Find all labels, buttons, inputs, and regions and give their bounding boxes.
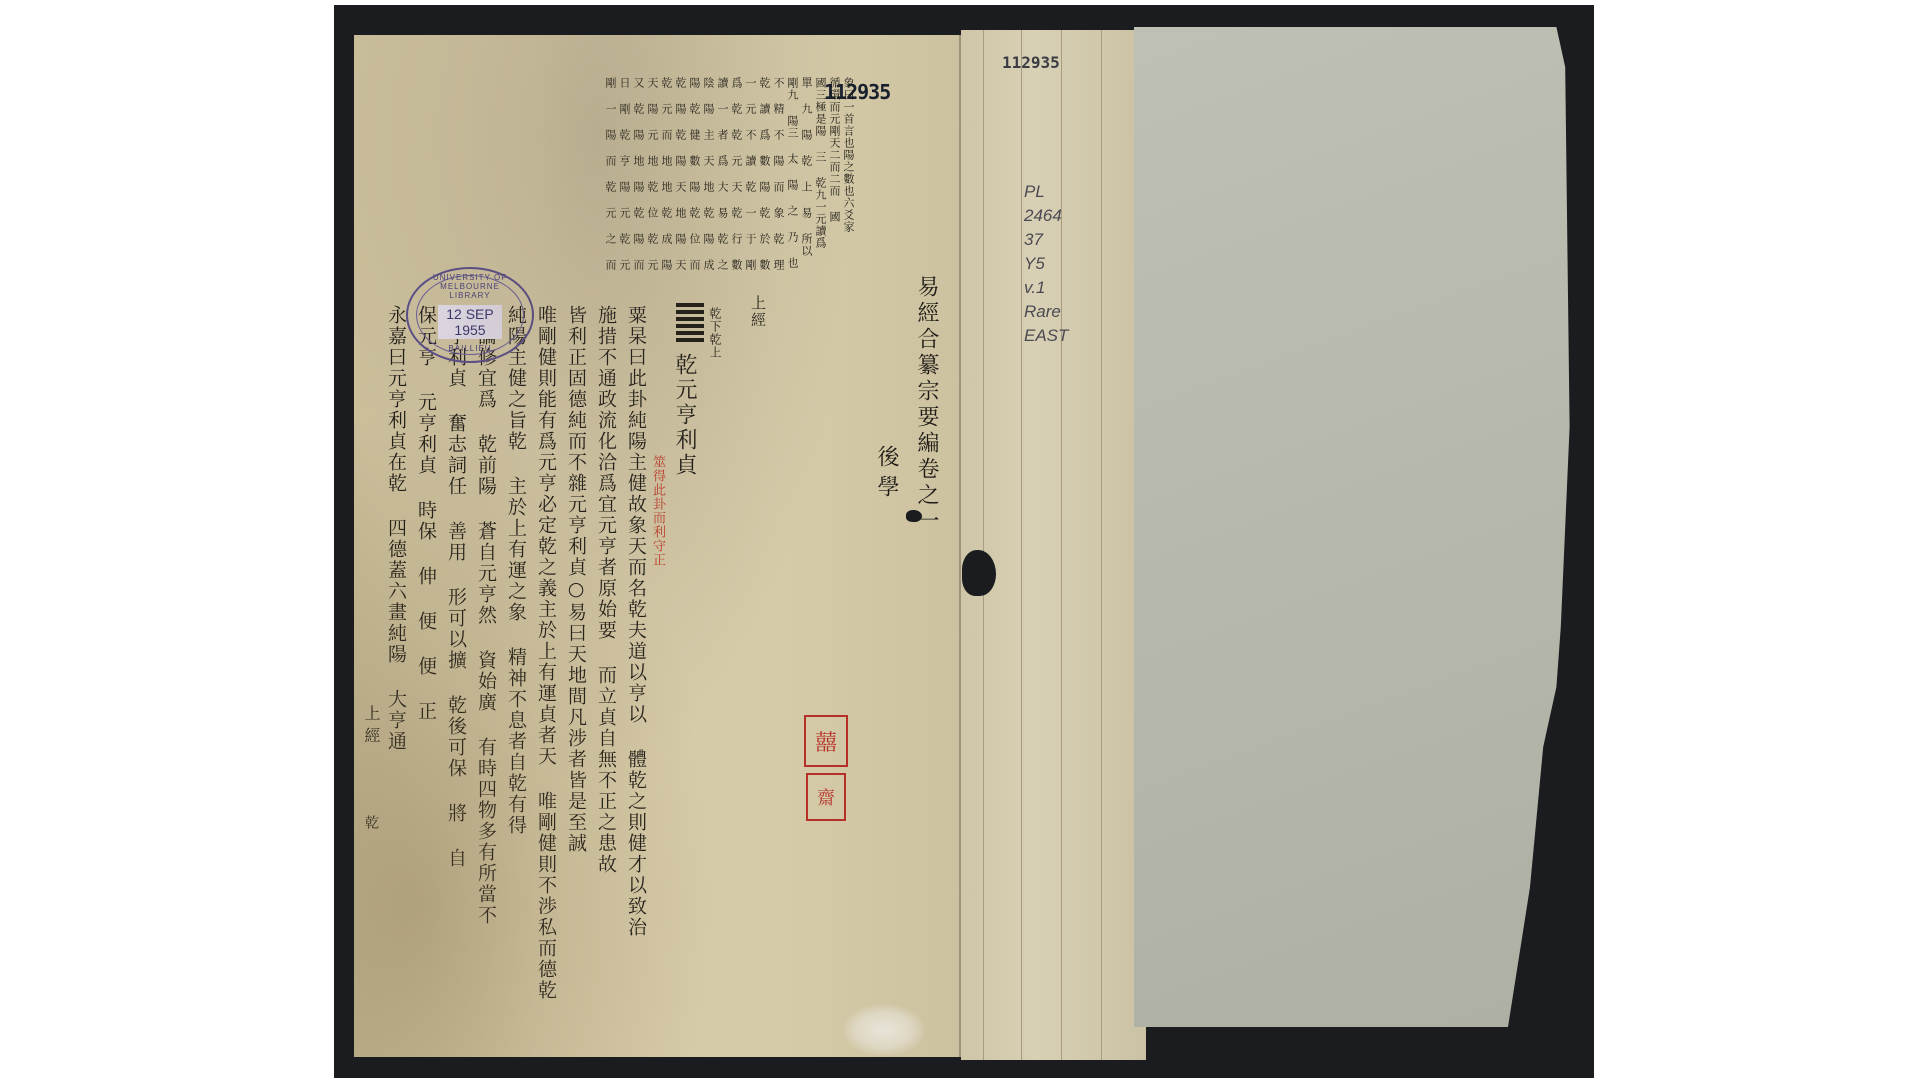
stamp-top-text: UNIVERSITY OF MELBOURNE LIBRARY xyxy=(422,273,518,300)
spine-fold xyxy=(1101,30,1102,1060)
main-column: 保元亨 元亨利貞 時保 伸 便 便 正 xyxy=(414,305,438,722)
commentary-column: 剛九 陽三 太 陽 之 乃 也 xyxy=(786,77,799,269)
spine-fold xyxy=(1021,30,1022,1060)
shelf-mark-line: v.1 xyxy=(1024,276,1068,300)
back-cover xyxy=(1134,27,1574,1027)
commentary-column: 國三極是陽 三 乾九一元讀爲 xyxy=(814,77,827,249)
commentary-column: 日 剛 乾 亨 陽 元 乾 元 xyxy=(618,77,631,271)
hexagram-label: 乾下乾上 xyxy=(708,307,721,359)
commentary-column: 乾 讀 爲 數 陽 乾 於 數 xyxy=(758,77,771,271)
commentary-column: 讀 一 者 爲 大 易 乾 之 xyxy=(716,77,729,271)
main-column: 粟杲曰此卦純陽主健故象天而名乾夫道以亨以 體乾之則健才以致治 xyxy=(624,305,648,938)
hexagram-qian-icon xyxy=(676,303,704,345)
commentary-column: 乾 元 而 地 地 乾 成 陽 xyxy=(660,77,673,271)
author-column: 後學 xyxy=(874,445,898,505)
commentary-column: 爲 乾 乾 元 天 乾 行 數 xyxy=(730,77,743,271)
shelf-mark: PL 2464 37 Y5 v.1 Rare EAST xyxy=(1024,180,1068,348)
commentary-column: 陽 乾 健 數 陽 乾 位 而 xyxy=(688,77,701,271)
spine-fold xyxy=(983,30,984,1060)
stamp-date: 12 SEP 1955 xyxy=(438,305,502,339)
worn-patch xyxy=(844,1005,924,1055)
red-seal: 齋 xyxy=(806,773,846,821)
commentary-column: 不 精 不 陽 而 象 乾 理 xyxy=(772,77,785,271)
commentary-column: 一 元 不 讀 乾 一 于 剛 xyxy=(744,77,757,271)
red-seal: 囍 xyxy=(804,715,848,767)
shelf-mark-line: EAST xyxy=(1024,324,1068,348)
hexagram-name-line: 乾元亨利貞 xyxy=(672,353,696,478)
shelf-mark-line: 2464 xyxy=(1024,204,1068,228)
section-label: 上經 xyxy=(746,295,770,329)
red-annotation: 筮得此卦而利守正 xyxy=(650,455,664,567)
spine-number: 112935 xyxy=(1002,53,1060,72)
commentary-column: 循環而元剛天二而二而 國 xyxy=(828,77,841,223)
commentary-column: 剛 一 陽 而 乾 元 之 而 xyxy=(604,77,617,271)
scanned-book-spread: 112935 象曰一首言也陽之數也六爻家 循環而元剛天二而二而 國 國三極是陽 … xyxy=(334,5,1594,1078)
main-column: 皆利正固德純而不雜元亨利貞○易曰天地間凡涉者皆是至誠 xyxy=(564,305,588,854)
main-column: 地亨利貞 奮志詞任 善用 形可以擴 乾後可保 將 自 xyxy=(444,305,468,869)
commentary-column: 陰 陽 主 天 地 乾 陽 成 xyxy=(702,77,715,271)
shelf-mark-line: 37 xyxy=(1024,228,1068,252)
title-column: 易經合纂宗要編卷之一 xyxy=(914,275,938,535)
commentary-column: 乾 陽 乾 陽 天 地 陽 天 xyxy=(674,77,687,271)
stamp-bottom-text: BAILLIEU xyxy=(422,344,518,353)
main-column: 永嘉曰元亨利貞在乾 四德蓋六畫純陽 大亨通 xyxy=(384,305,408,752)
shelf-mark-line: Rare xyxy=(1024,300,1068,324)
commentary-column: 天 陽 元 地 乾 位 乾 元 xyxy=(646,77,659,271)
margin-sublabel: 乾 xyxy=(359,815,383,831)
commentary-column: 單 九 陽 乾 上 易 所以 xyxy=(800,77,813,257)
commentary-column: 象曰一首言也陽之數也六爻家 xyxy=(842,77,855,233)
shelf-mark-line: PL xyxy=(1024,180,1068,204)
shelf-mark-line: Y5 xyxy=(1024,252,1068,276)
commentary-column: 又 乾 陽 地 陽 乾 陽 而 xyxy=(632,77,645,271)
main-column: 部論修宜爲 乾前陽 蒼自元亨然 資始廣 有時四物多有所當不 xyxy=(474,305,498,926)
margin-label: 上經 xyxy=(359,705,383,749)
library-stamp: UNIVERSITY OF MELBOURNE LIBRARY 12 SEP 1… xyxy=(406,267,534,363)
main-column: 純陽主健之旨乾 主於上有運之象 精神不息者自乾有得 xyxy=(504,305,528,836)
main-column: 施措不通政流化洽爲宜元亨者原始要 而立貞自無不正之患故 xyxy=(594,305,618,875)
worm-hole xyxy=(906,510,922,522)
worm-hole xyxy=(962,550,996,596)
main-column: 唯剛健則能有爲元亨必定乾之義主於上有運貞者天 唯剛健則不渉私而德乾 xyxy=(534,305,558,1001)
left-page: 112935 象曰一首言也陽之數也六爻家 循環而元剛天二而二而 國 國三極是陽 … xyxy=(354,35,961,1057)
